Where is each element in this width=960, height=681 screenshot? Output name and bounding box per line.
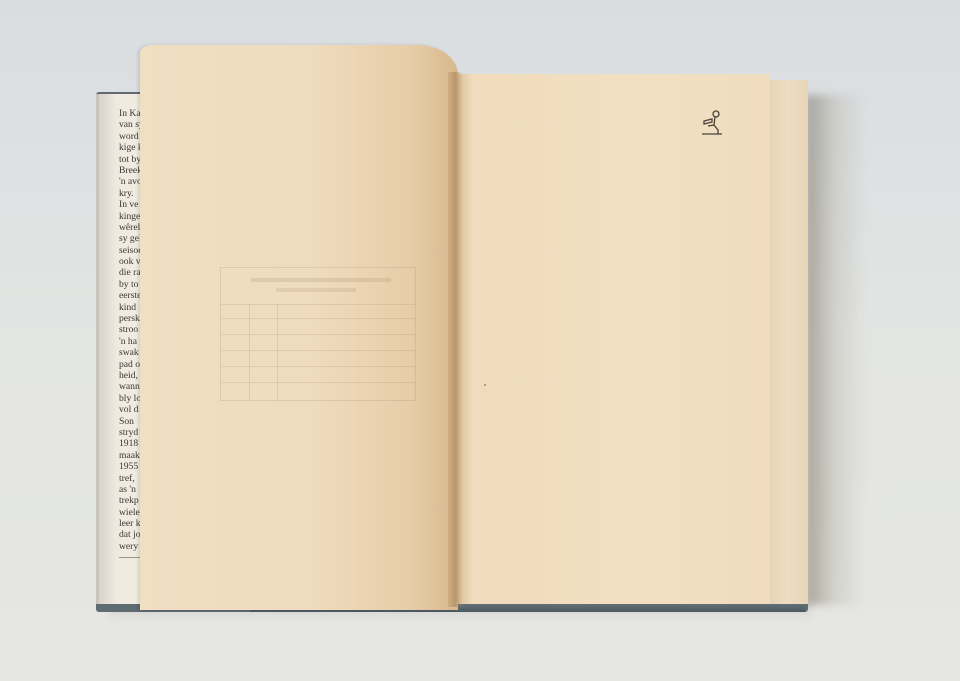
ghost-row [221,366,415,367]
ghost-row [221,318,415,319]
ghost-subheading [276,288,356,292]
bleed-through-table [220,267,416,401]
right-page [457,74,770,604]
book-shadow [805,95,865,605]
ghost-col [249,304,250,400]
ghost-col [277,304,278,400]
left-page [140,45,458,610]
seated-reader-icon [697,108,727,138]
ghost-row [221,350,415,351]
book-gutter [448,72,462,607]
ghost-heading [251,278,391,282]
page-block-edge [765,80,808,604]
ghost-row [221,382,415,383]
ghost-row [221,304,415,305]
page-speck [484,384,486,386]
ghost-row [221,334,415,335]
